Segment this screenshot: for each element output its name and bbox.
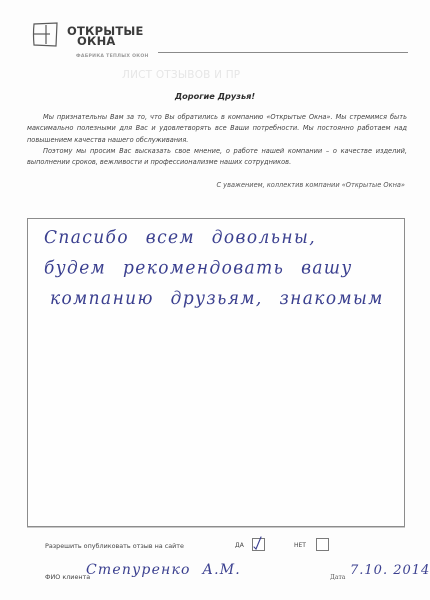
review-line: компанию друзьям, знакомым [44,284,414,314]
review-line: Спасибо всем довольны, [44,223,414,253]
window-cross-logo-icon [30,20,60,48]
greeting: Дорогие Друзья! [0,91,430,101]
yes-label: ДА [235,542,244,549]
client-name-field[interactable]: Степуренко А.М. [86,562,241,578]
sheet-title: ЛИСТ ОТЗЫВОВ И ПР [122,69,240,81]
date-field[interactable]: 7.10. 2014 [350,563,430,578]
client-name-label: ФИО клиента [45,573,90,581]
logo-title: ОТКРЫТЫЕ ОКНА [67,26,144,46]
no-checkbox[interactable] [316,538,329,551]
company-logo: ОТКРЫТЫЕ ОКНА ФАБРИКА ТЕПЛЫХ ОКОН [30,18,160,63]
feedback-sheet: ОТКРЫТЫЕ ОКНА ФАБРИКА ТЕПЛЫХ ОКОН ЛИСТ О… [0,0,430,600]
checkmark-icon [252,536,266,551]
client-info-row: ФИО клиента Степуренко А.М. Дата 7.10. 2… [45,562,415,584]
intro-paragraph-2: Поэтому мы просим Вас высказать свое мне… [27,146,407,169]
review-line: будем рекомендовать вашу [44,253,414,283]
date-label: Дата [330,574,345,581]
yes-checkbox[interactable] [252,538,265,551]
intro-paragraph-1: Мы признательны Вам за то, что Вы обрати… [27,112,407,146]
publish-permission-row: Разрешить опубликовать отзыв на сайте ДА… [45,538,405,554]
no-label: НЕТ [294,542,306,549]
review-textarea[interactable]: Спасибо всем довольны, будем рекомендова… [27,218,405,527]
review-handwritten-text: Спасибо всем довольны, будем рекомендова… [44,223,414,314]
intro-text: Мы признательны Вам за то, что Вы обрати… [27,112,407,168]
logo-subtitle: ФАБРИКА ТЕПЛЫХ ОКОН [76,54,149,59]
publish-permission-label: Разрешить опубликовать отзыв на сайте [45,542,184,550]
signoff: С уважением, коллектив компании «Открыты… [216,181,405,189]
header-divider [158,52,408,53]
